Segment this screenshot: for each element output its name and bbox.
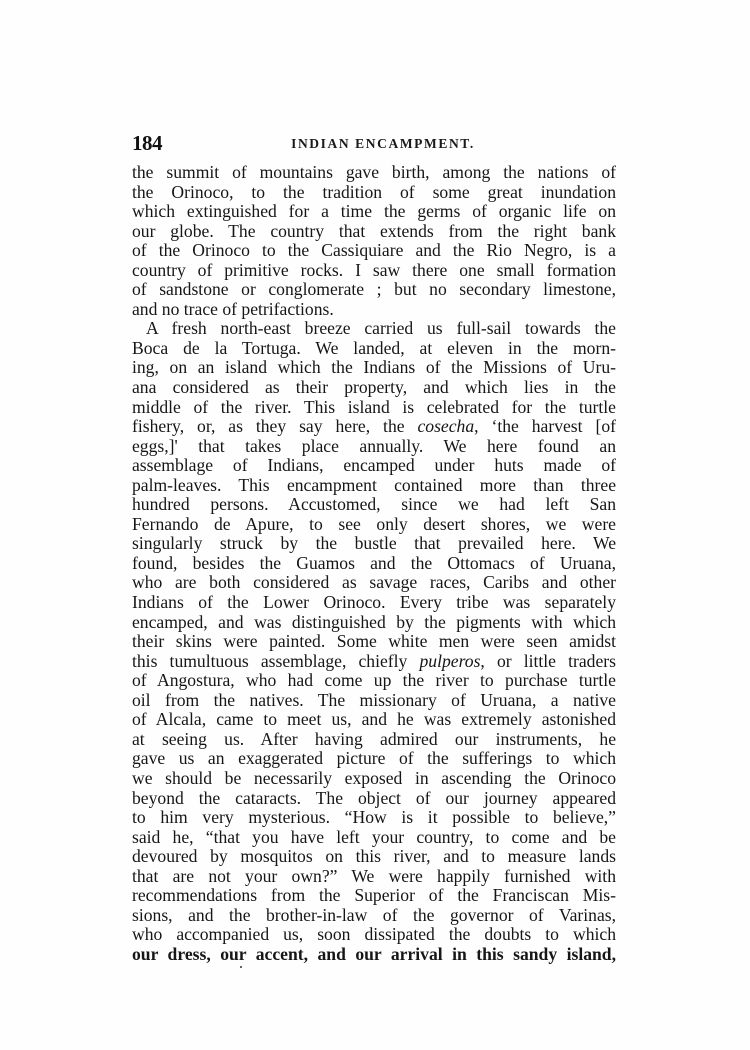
text-line: ana considered as their property, and wh… (132, 378, 616, 398)
text-line: eggs,]' that takes place annually. We he… (132, 437, 616, 457)
running-head: INDIAN ENCAMPMENT. (132, 136, 616, 152)
text-line: the Orinoco, to the tradition of some gr… (132, 183, 616, 203)
text-line: Indians of the Lower Orinoco. Every trib… (132, 593, 616, 613)
text-line: we should be necessarily exposed in asce… (132, 769, 616, 789)
text-line: Boca de la Tortuga. We landed, at eleven… (132, 339, 616, 359)
text-line: our dress, our accent, and our arrival i… (132, 945, 616, 965)
text-line: country of primitive rocks. I saw there … (132, 261, 616, 281)
text-line: the summit of mountains gave birth, amon… (132, 163, 616, 183)
print-speck (240, 966, 242, 968)
text-line: ing, on an island which the Indians of t… (132, 358, 616, 378)
text-line: said he, “that you have left your countr… (132, 828, 616, 848)
text-line: to him very mysterious. “How is it possi… (132, 808, 616, 828)
line-tail: , ‘the harvest [of (474, 416, 616, 436)
page-header: 184 INDIAN ENCAMPMENT. (132, 131, 616, 155)
text-line: their skins were painted. Some white men… (132, 632, 616, 652)
text-line: of Alcala, came to meet us, and he was e… (132, 710, 616, 730)
text-line: Fernando de Apure, to see only desert sh… (132, 515, 616, 535)
body-text: the summit of mountains gave birth, amon… (132, 163, 616, 964)
text-line: of Angostura, who had come up the river … (132, 671, 616, 691)
italic-term-pulperos: pulperos (419, 651, 480, 671)
text-line: who are both considered as savage races,… (132, 573, 616, 593)
text-line: recommendations from the Superior of the… (132, 886, 616, 906)
text-line: that are not your own?” We were happily … (132, 867, 616, 887)
text-line: singularly struck by the bustle that pre… (132, 534, 616, 554)
text-line: who accompanied us, soon dissipated the … (132, 925, 616, 945)
text-line: encamped, and was distinguished by the p… (132, 613, 616, 633)
text-line: devoured by mosquitos on this river, and… (132, 847, 616, 867)
paragraph-end-line: and no trace of petrifactions. (132, 300, 616, 320)
text-line: our globe. The country that extends from… (132, 222, 616, 242)
text-line: hundred persons. Accustomed, since we ha… (132, 495, 616, 515)
text-line: gave us an exaggerated picture of the su… (132, 749, 616, 769)
text-line: assemblage of Indians, encamped under hu… (132, 456, 616, 476)
text-line-with-italic: fishery, or, as they say here, the cosec… (132, 417, 616, 437)
line-lead: fishery, or, as they say here, the (132, 416, 417, 436)
line-tail: , or little traders (480, 651, 616, 671)
text-line: middle of the river. This island is cele… (132, 398, 616, 418)
text-line-with-italic: this tumultuous assemblage, chiefly pulp… (132, 652, 616, 672)
text-line: of sandstone or conglomerate ; but no se… (132, 280, 616, 300)
text-line: beyond the cataracts. The object of our … (132, 789, 616, 809)
text-line: of the Orinoco to the Cassiquiare and th… (132, 241, 616, 261)
text-line: sions, and the brother-in-law of the gov… (132, 906, 616, 926)
text-line: oil from the natives. The missionary of … (132, 691, 616, 711)
paragraph-start-line: A fresh north-east breeze carried us ful… (132, 319, 616, 339)
book-page: 184 INDIAN ENCAMPMENT. the summit of mou… (0, 0, 750, 1050)
text-line: at seeing us. After having admired our i… (132, 730, 616, 750)
text-line: palm-leaves. This encampment contained m… (132, 476, 616, 496)
italic-term-cosecha: cosecha (417, 416, 474, 436)
line-lead: this tumultuous assemblage, chiefly (132, 651, 419, 671)
text-line: found, besides the Guamos and the Ottoma… (132, 554, 616, 574)
text-line: which extinguished for a time the germs … (132, 202, 616, 222)
